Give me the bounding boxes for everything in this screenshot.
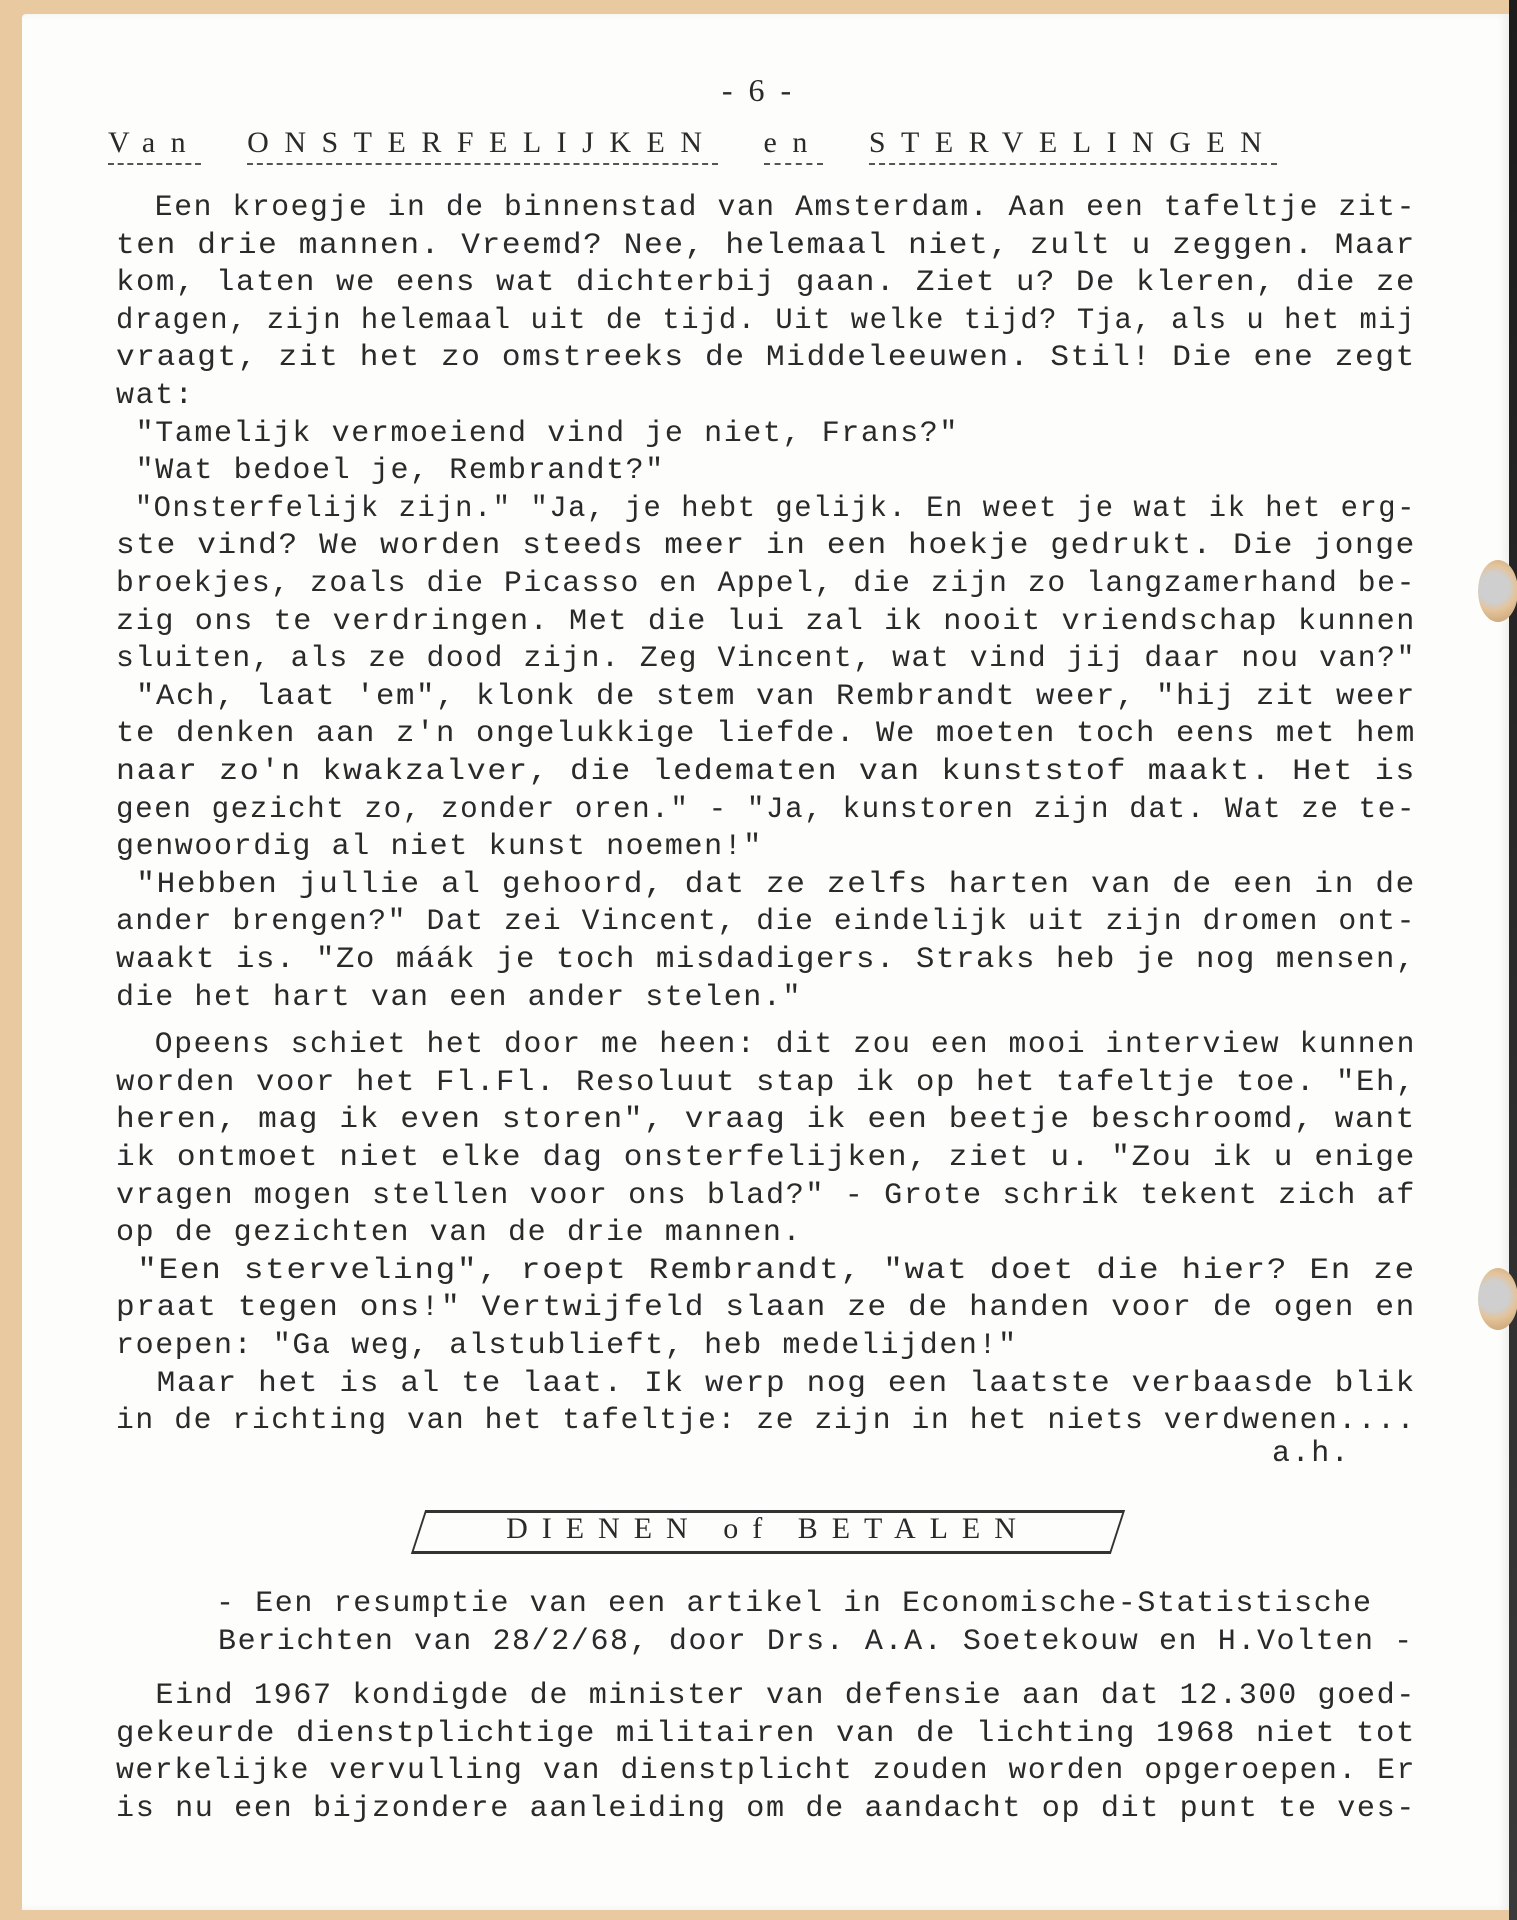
text-line: - Een resumptie van een artikel in Econo… (216, 1586, 1373, 1622)
text-line: zig ons te verdringen. Met die lui zal i… (116, 604, 1416, 640)
title-word: Van (108, 126, 201, 165)
page-number: - 6 - (0, 72, 1517, 109)
text-line: "Wat bedoel je, Rembrandt?" (116, 453, 665, 489)
text-line: praat tegen ons!" Vertwijfeld slaan ze d… (116, 1290, 1416, 1326)
text-line: heren, mag ik even storen", vraag ik een… (116, 1102, 1416, 1138)
text-line: werkelijke vervulling van dienstplicht z… (116, 1753, 1416, 1789)
text-line: gekeurde dienstplichtige militairen van … (116, 1716, 1416, 1752)
text-line: Berichten van 28/2/68, door Drs. A.A. So… (218, 1624, 1414, 1660)
author-signature: a.h. (1272, 1436, 1350, 1472)
text-line: geen gezicht zo, zonder oren." - "Ja, ku… (116, 792, 1416, 828)
text-line: ste vind? We worden steeds meer in een h… (116, 528, 1416, 564)
text-line: vraagt, zit het zo omstreeks de Middelee… (116, 340, 1416, 376)
text-line: dragen, zijn helemaal uit de tijd. Uit w… (116, 303, 1416, 339)
text-line: sluiten, als ze dood zijn. Zeg Vincent, … (116, 641, 1416, 677)
text-line: in de richting van het tafeltje: ze zijn… (116, 1403, 1416, 1439)
text-line: Opeens schiet het door me heen: dit zou … (116, 1027, 1416, 1063)
article-title: Van ONSTERFELIJKEN en STERVELINGEN (108, 126, 1277, 160)
text-line: Eind 1967 kondigde de minister van defen… (116, 1678, 1416, 1714)
text-line: die het hart van een ander stelen." (116, 980, 802, 1016)
text-line: "Ach, laat 'em", klonk de stem van Rembr… (116, 679, 1416, 715)
text-line: te denken aan z'n ongelukkige liefde. We… (116, 716, 1416, 752)
text-line: roepen: "Ga weg, alstublieft, heb medeli… (116, 1328, 1018, 1364)
text-line: worden voor het Fl.Fl. Resoluut stap ik … (116, 1065, 1416, 1101)
text-line: is nu een bijzondere aanleiding om de aa… (116, 1791, 1416, 1827)
section-title: DIENEN of BETALEN (418, 1512, 1118, 1546)
title-word: ONSTERFELIJKEN (247, 126, 717, 165)
page-edge-shadow (1509, 0, 1517, 1920)
text-line: naar zo'n kwakzalver, die ledematen van … (116, 754, 1416, 790)
text-line: op de gezichten van de drie mannen. (116, 1215, 802, 1251)
text-line: ander brengen?" Dat zei Vincent, die ein… (116, 904, 1416, 940)
text-line: kom, laten we eens wat dichterbij gaan. … (116, 265, 1416, 301)
text-line: "Een sterveling", roept Rembrandt, "wat … (116, 1253, 1416, 1289)
binder-hole-icon (1478, 560, 1517, 622)
binder-hole-icon (1478, 1268, 1517, 1330)
text-line: waakt is. "Zo máák je toch misdadigers. … (116, 942, 1416, 978)
text-line: broekjes, zoals die Picasso en Appel, di… (116, 566, 1416, 602)
text-line: genwoordig al niet kunst noemen!" (116, 829, 763, 865)
text-line: "Onsterfelijk zijn." "Ja, je hebt gelijk… (116, 491, 1416, 527)
text-line: wat: (116, 378, 194, 414)
text-line: vragen mogen stellen voor ons blad?" - G… (116, 1178, 1416, 1214)
title-word: en (764, 126, 823, 165)
text-line: Maar het is al te laat. Ik werp nog een … (116, 1366, 1416, 1402)
text-line: ten drie mannen. Vreemd? Nee, helemaal n… (116, 228, 1416, 264)
text-line: ik ontmoet niet elke dag onsterfelijken,… (116, 1140, 1416, 1176)
text-line: "Hebben jullie al gehoord, dat ze zelfs … (116, 867, 1416, 903)
section-title-box: DIENEN of BETALEN (418, 1510, 1118, 1554)
text-line: Een kroegje in de binnenstad van Amsterd… (116, 190, 1416, 226)
text-line: "Tamelijk vermoeiend vind je niet, Frans… (116, 416, 959, 452)
title-word: STERVELINGEN (869, 126, 1278, 165)
